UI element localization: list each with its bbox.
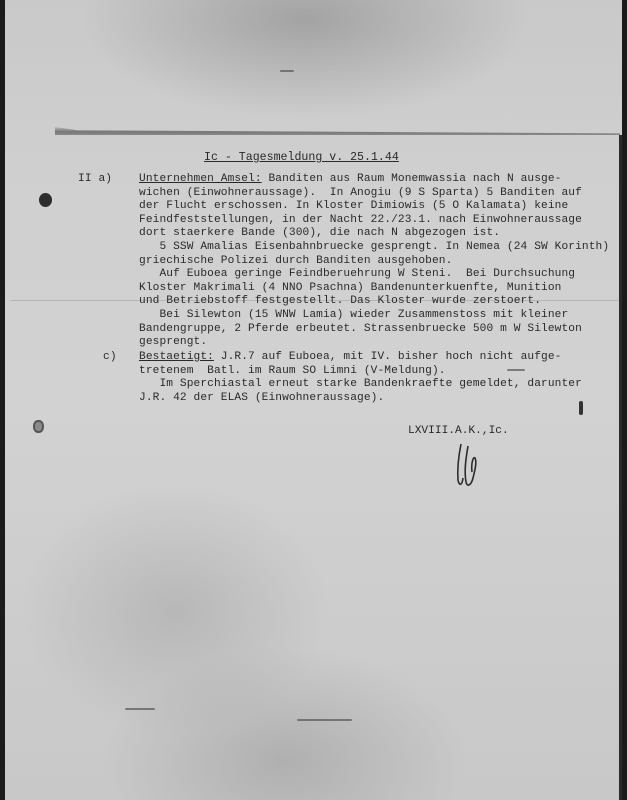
section-c-heading: Bestaetigt: xyxy=(139,351,214,363)
section-c-first-line: Bestaetigt: J.R.7 auf Euboea, mit IV. bi… xyxy=(139,351,561,365)
smudge xyxy=(297,719,352,721)
document-page: Ic - Tagesmeldung v. 25.1.44 II a) Unter… xyxy=(5,0,622,800)
punch-hole-icon xyxy=(39,193,52,207)
section-label: II a) xyxy=(78,173,112,187)
document-title: Ic - Tagesmeldung v. 25.1.44 xyxy=(204,151,399,164)
text-line: J.R. 42 der ELAS (Einwohneraussage). xyxy=(139,392,384,406)
text-line: Banditen aus Raum Monemwassia nach N aus… xyxy=(262,173,562,185)
section-c-label: c) xyxy=(103,351,117,365)
smudge xyxy=(125,708,155,710)
text-line: Bandengruppe, 2 Pferde erbeutet. Strasse… xyxy=(139,323,582,337)
text-line: Auf Euboea geringe Feindberuehrung W Ste… xyxy=(139,268,575,282)
text-line: Im Sperchiastal erneut starke Bandenkrae… xyxy=(139,378,582,392)
section-a-first-line: Unternehmen Amsel: Banditen aus Raum Mon… xyxy=(139,173,561,187)
text-line: Feindfeststellungen, in der Nacht 22./23… xyxy=(139,214,582,228)
text-line: J.R.7 auf Euboea, mit IV. bisher hoch ni… xyxy=(214,351,562,363)
text-line: gesprengt. xyxy=(139,336,207,350)
text-line: tretenem Batl. im Raum SO Limni (V-Meldu… xyxy=(139,365,446,379)
smudge xyxy=(507,369,525,371)
punch-hole-icon xyxy=(33,420,44,433)
signature-block: LXVIII.A.K.,Ic. xyxy=(408,425,509,437)
text-line: Kloster Makrimali (4 NNO Psachna) Banden… xyxy=(139,282,561,296)
section-a-heading: Unternehmen Amsel: xyxy=(139,173,262,185)
text-line: Bei Silewton (15 WNW Lamia) wieder Zusam… xyxy=(139,309,568,323)
smudge xyxy=(280,70,294,72)
text-line: der Flucht erschossen. In Kloster Dimiow… xyxy=(139,200,568,214)
page-fold-shadow xyxy=(55,127,620,135)
text-line: dort staerkere Bande (300), die nach N a… xyxy=(139,227,500,241)
text-line: und Betriebstoff festgestellt. Das Klost… xyxy=(139,295,541,309)
ink-mark xyxy=(579,401,583,415)
handwritten-signature-icon xyxy=(453,440,493,490)
page-edge xyxy=(619,135,622,800)
text-line: wichen (Einwohneraussage). In Anogiu (9 … xyxy=(139,187,582,201)
text-line: griechische Polizei durch Banditen ausge… xyxy=(139,255,452,269)
text-line: 5 SSW Amalias Eisenbahnbruecke gesprengt… xyxy=(139,241,609,255)
